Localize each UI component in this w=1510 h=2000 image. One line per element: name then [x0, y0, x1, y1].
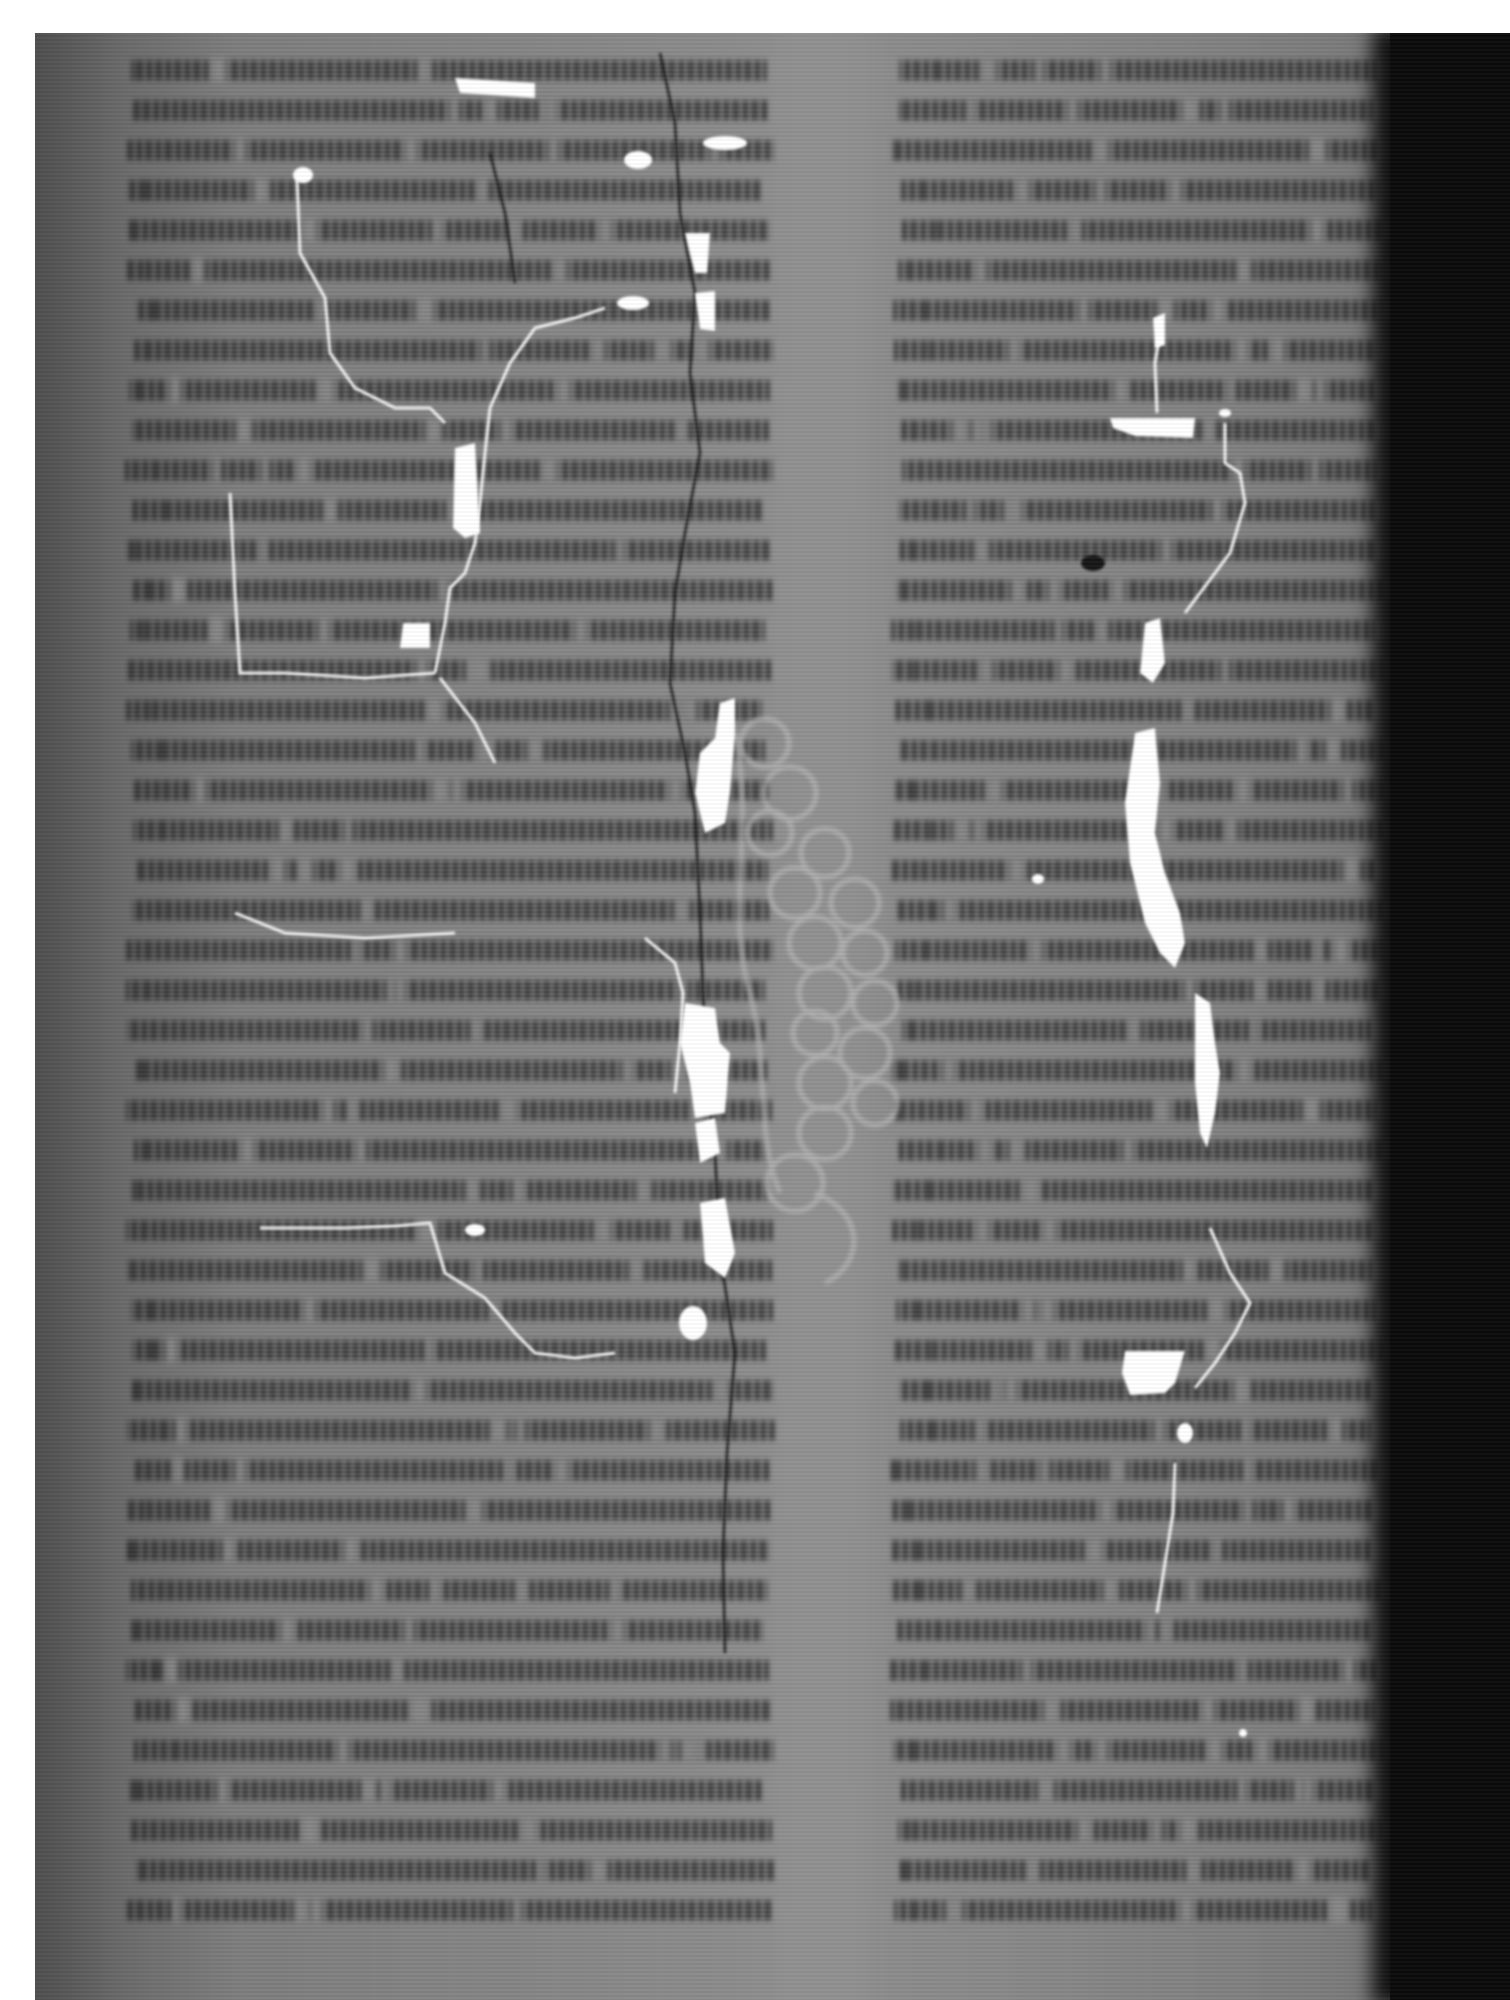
- manuscript-scan: [35, 33, 1510, 2000]
- damage-holes: [293, 78, 1247, 1737]
- ornament-circles: [735, 719, 897, 1283]
- damage-overlay: [35, 33, 1510, 2000]
- ink-blot: [1081, 555, 1105, 571]
- binding-shadow: [1390, 33, 1510, 2000]
